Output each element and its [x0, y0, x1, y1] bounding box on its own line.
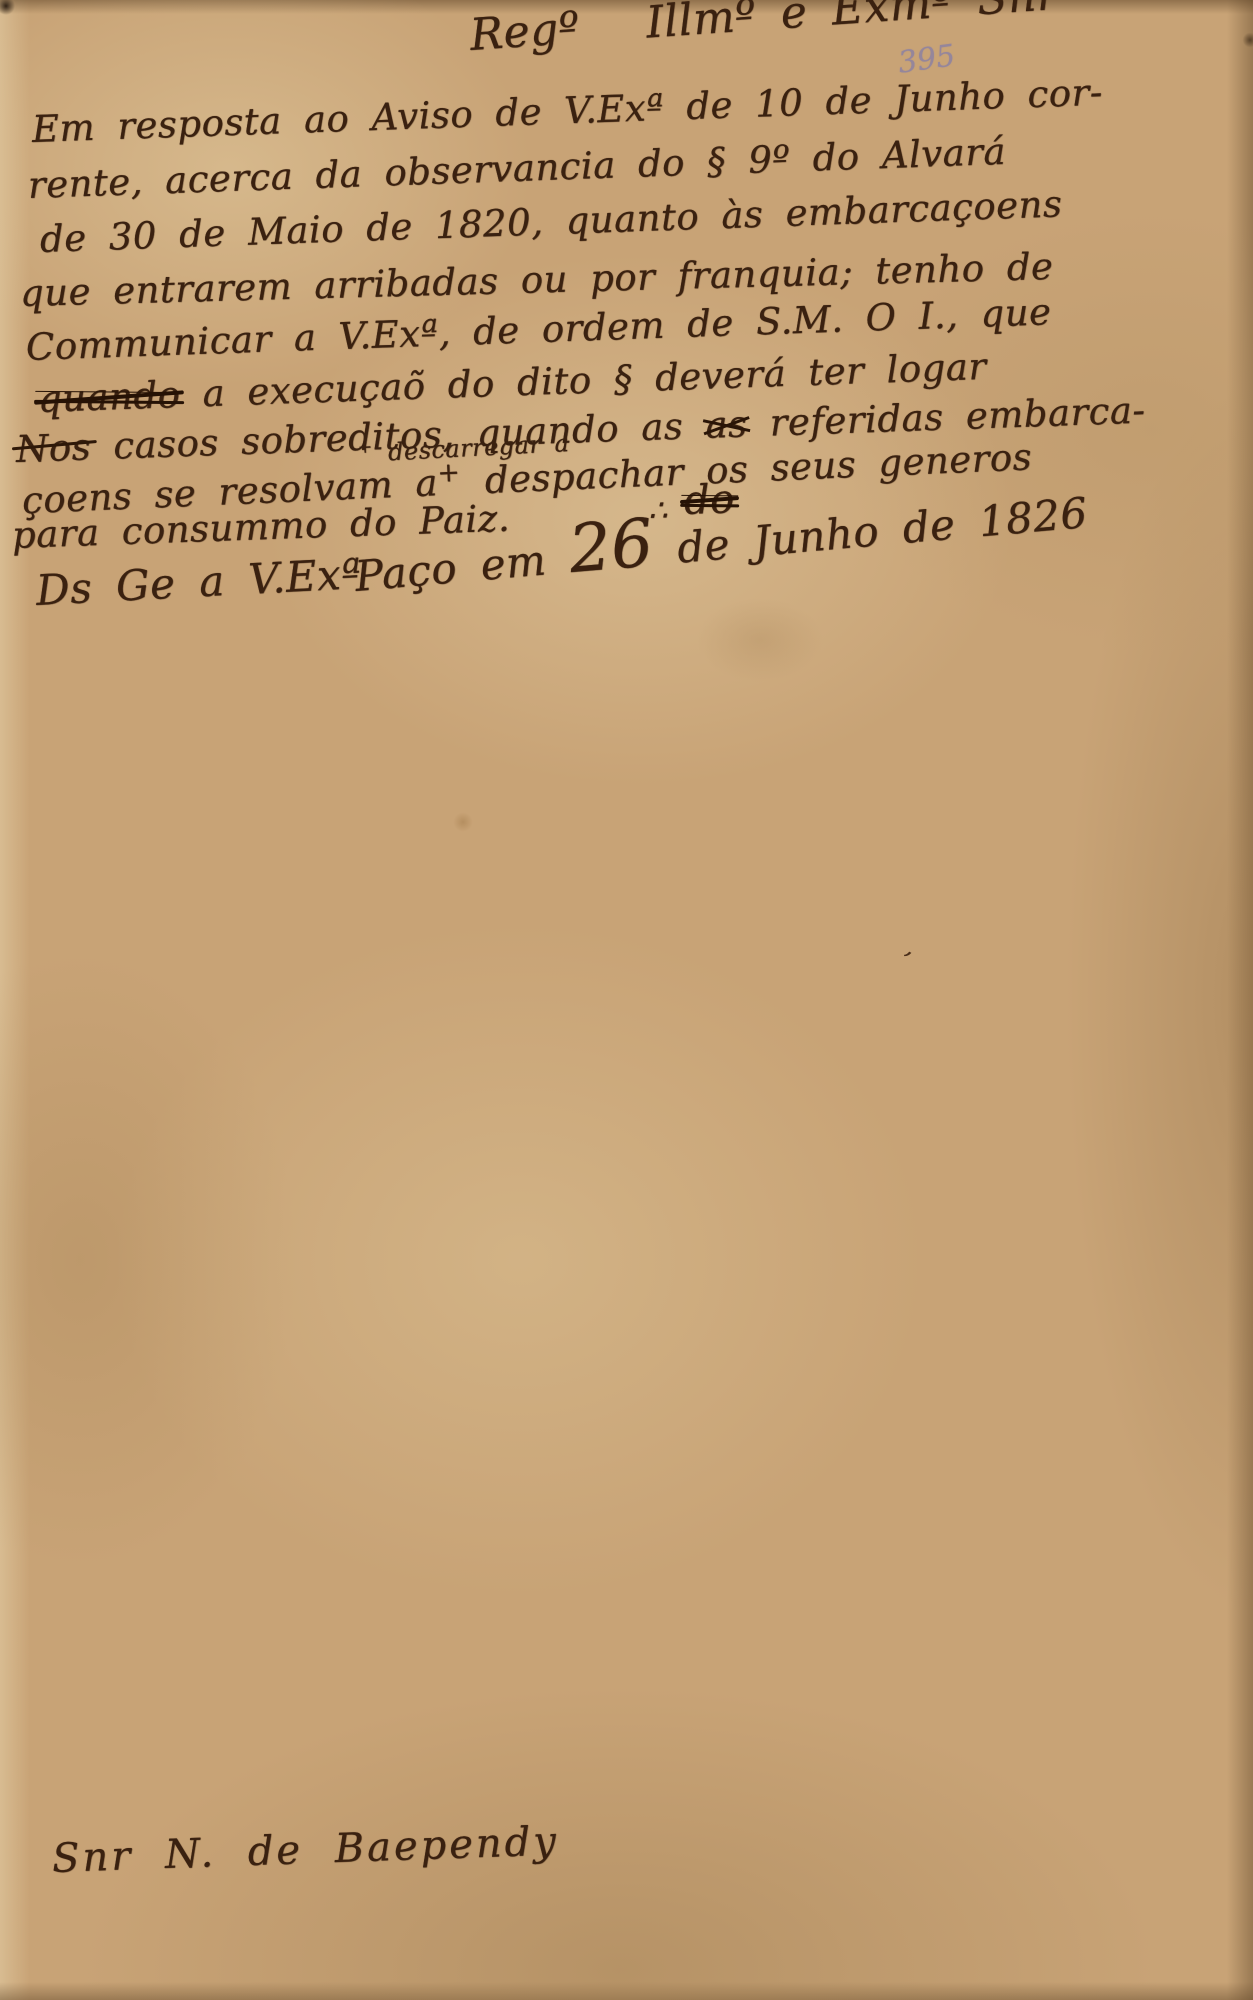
- addressee: Snr N. de Baependy: [51, 1818, 559, 1882]
- insertion-caret: +: [357, 437, 373, 458]
- stray-ink-mark: ’: [893, 946, 916, 976]
- struck-word-as: as: [705, 402, 749, 446]
- header-line: Regº Illmº e Exmº Snr: [468, 0, 1059, 61]
- salutation: Illmº e Exmº Snr: [644, 0, 1059, 49]
- dateline-day: 26: [566, 504, 656, 588]
- inline-caret: +: [437, 457, 461, 489]
- pencil-folio-number: 395: [896, 38, 958, 81]
- struck-fragment: do: [683, 476, 735, 524]
- dateline-rest: de Junho de 1826: [675, 488, 1089, 573]
- register-abbreviation: Regº: [468, 2, 581, 61]
- valediction: Ds Ge a V.Exª: [35, 549, 363, 615]
- corrected-word-nos: Nos: [15, 425, 92, 471]
- struck-word-do: do: [683, 476, 735, 524]
- manuscript-page: Regº Illmº e Exmº Snr 395 Em resposta ao…: [0, 0, 1253, 2000]
- struck-word-quando: quando: [37, 373, 181, 421]
- dateline-place: Paço em: [353, 535, 548, 601]
